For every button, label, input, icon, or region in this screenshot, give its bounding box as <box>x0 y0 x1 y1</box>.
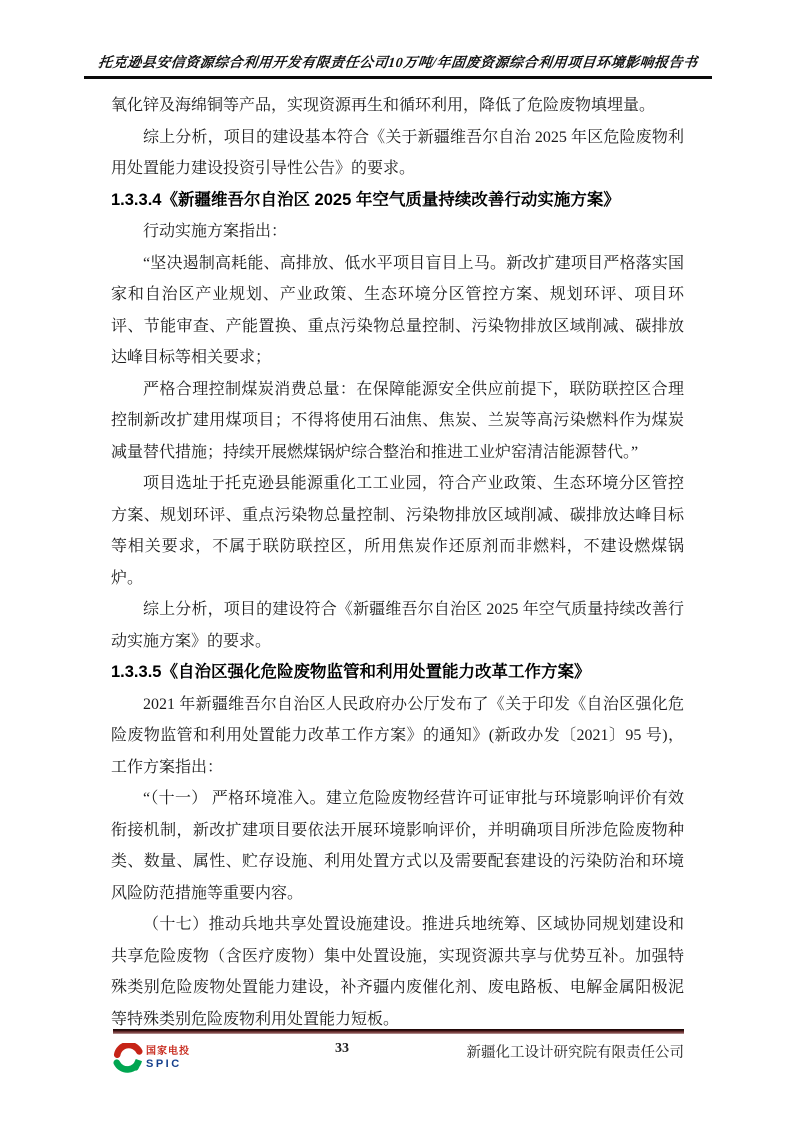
spic-logo-text: 国家电投 SPIC <box>146 1047 190 1070</box>
paragraph: 行动实施方案指出： <box>111 216 684 248</box>
section-heading-1-3-3-5: 1.3.3.5《自治区强化危险废物监管和利用处置能力改革工作方案》 <box>111 657 684 689</box>
paragraph: “（十一） 严格环境准入。建立危险废物经营许可证审批与环境影响评价有效衔接机制，… <box>111 783 684 909</box>
header-rule <box>84 76 712 79</box>
paragraph: 严格合理控制煤炭消费总量：在保障能源安全供应前提下，联防联控区合理控制新改扩建用… <box>111 374 684 469</box>
paragraph: 综上分析，项目的建设符合《新疆维吾尔自治区 2025 年空气质量持续改善行动实施… <box>111 594 684 657</box>
logo-en-label: SPIC <box>146 1059 190 1070</box>
page-number: 33 <box>335 1041 375 1057</box>
footer-rule <box>113 1029 684 1034</box>
paragraph: “坚决遏制高耗能、高排放、低水平项目盲目上马。新改扩建项目严格落实国家和自治区产… <box>111 248 684 374</box>
logo-cn-label: 国家电投 <box>146 1047 190 1057</box>
document-page: 托克逊县安信资源综合利用开发有限责任公司10万吨/年固废资源综合利用项目环境影响… <box>0 0 793 1122</box>
document-body: 氧化锌及海绵铜等产品，实现资源再生和循环利用，降低了危险废物填埋量。 综上分析，… <box>111 90 684 1035</box>
paragraph: （十七）推动兵地共享处置设施建设。推进兵地统筹、区域协同规划建设和共享危险废物（… <box>111 909 684 1035</box>
spic-logo: 国家电投 SPIC <box>113 1041 193 1075</box>
spic-logo-icon <box>113 1043 143 1073</box>
paragraph: 2021 年新疆维吾尔自治区人民政府办公厅发布了《关于印发《自治区强化危险废物监… <box>111 689 684 784</box>
footer-company-name: 新疆化工设计研究院有限责任公司 <box>404 1041 684 1062</box>
section-heading-1-3-3-4: 1.3.3.4《新疆维吾尔自治区 2025 年空气质量持续改善行动实施方案》 <box>111 185 684 217</box>
header-title: 托克逊县安信资源综合利用开发有限责任公司10万吨/年固废资源综合利用项目环境影响… <box>83 52 713 72</box>
paragraph: 氧化锌及海绵铜等产品，实现资源再生和循环利用，降低了危险废物填埋量。 <box>111 90 684 122</box>
paragraph: 综上分析，项目的建设基本符合《关于新疆维吾尔自治 2025 年区危险废物利用处置… <box>111 122 684 185</box>
paragraph: 项目选址于托克逊县能源重化工工业园，符合产业政策、生态环境分区管控方案、规划环评… <box>111 468 684 594</box>
